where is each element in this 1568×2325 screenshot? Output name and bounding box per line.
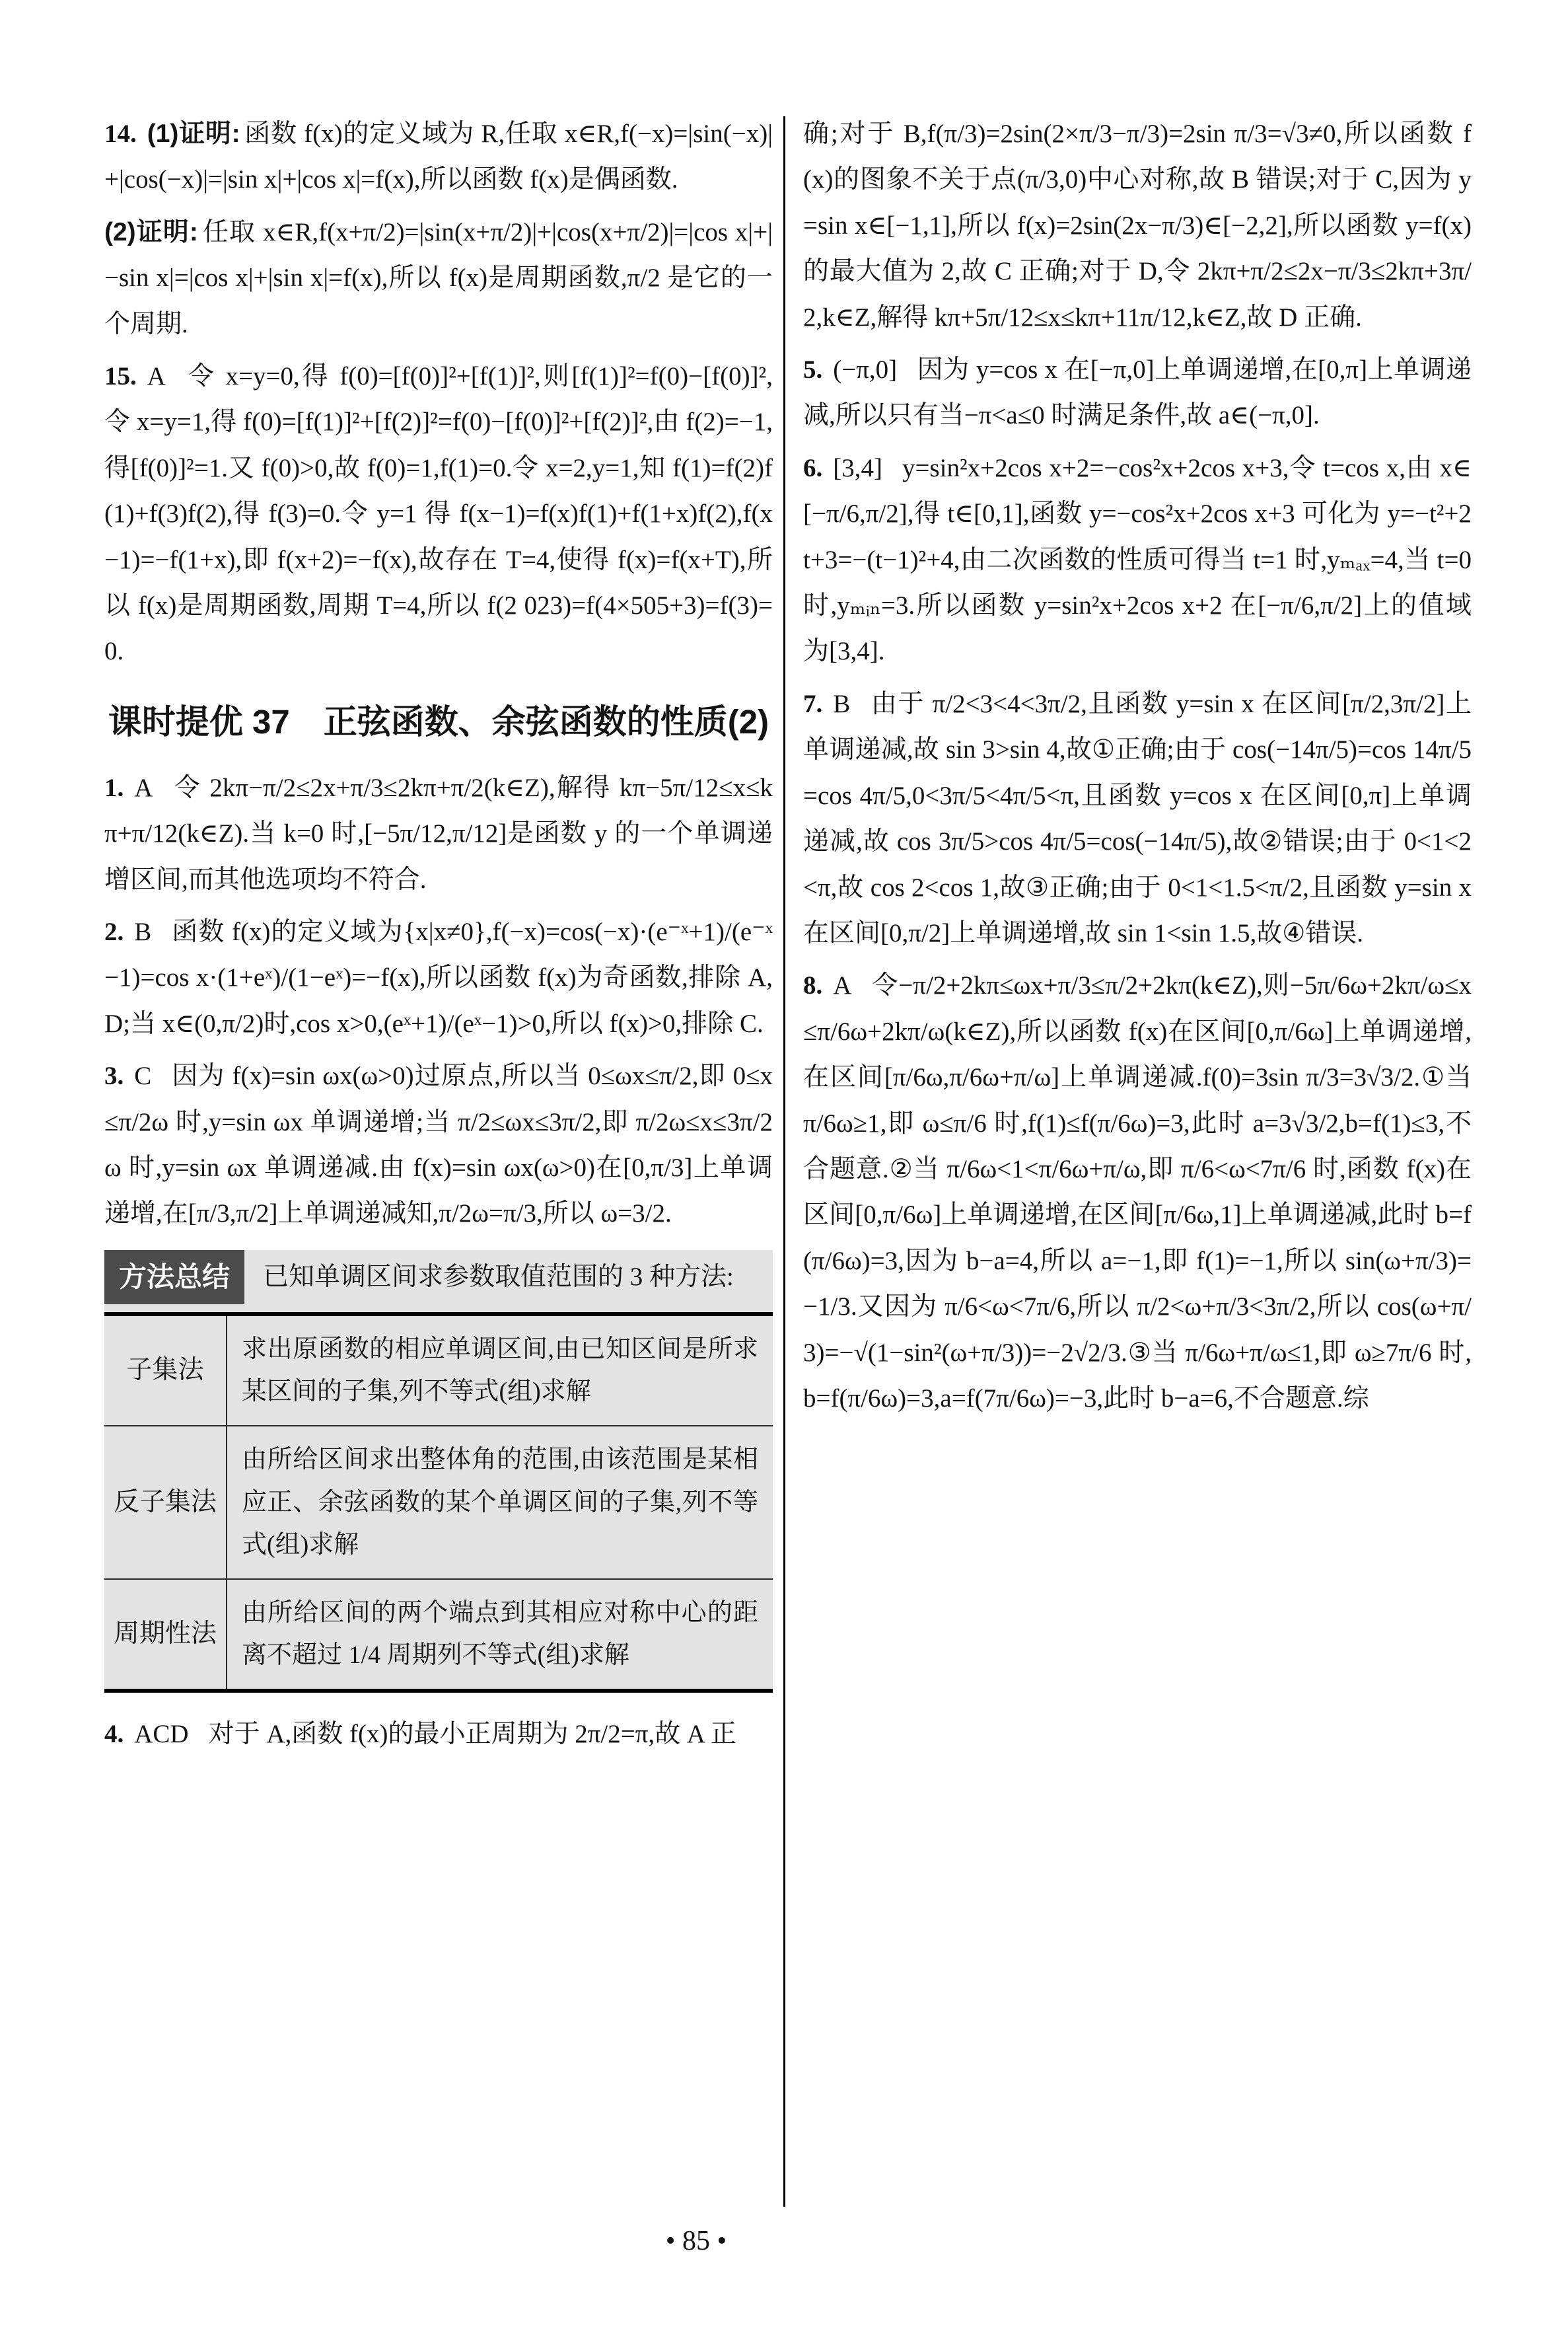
item-text: 由于 π/2<3<4<3π/2,且函数 y=sin x 在区间[π/2,3π/2… [803,690,1472,947]
method-summary-box: 方法总结 已知单调区间求参数取值范围的 3 种方法: 子集法 求出原函数的相应单… [104,1250,773,1693]
solution-item-7: 7.B由于 π/2<3<4<3π/2,且函数 y=sin x 在区间[π/2,3… [803,681,1472,956]
method-table: 子集法 求出原函数的相应单调区间,由已知区间是所求某区间的子集,列不等式(组)求… [104,1312,773,1693]
item-number: 15. [104,362,137,390]
item-number: 14. [104,120,137,148]
method-desc-cell: 求出原函数的相应单调区间,由已知区间是所求某区间的子集,列不等式(组)求解 [227,1316,773,1425]
item-answer: A [147,362,166,390]
item-text: 函数 f(x)的定义域为{x|x≠0},f(−x)=cos(−x)·(e⁻ˣ+1… [104,918,773,1038]
item-text: 因为 f(x)=sin ωx(ω>0)过原点,所以当 0≤ωx≤π/2,即 0≤… [104,1062,773,1228]
item-text: 令−π/2+2kπ≤ωx+π/3≤π/2+2kπ(k∈Z),则−5π/6ω+2k… [803,971,1472,1413]
solution-item-1: 1.A令 2kπ−π/2≤2x+π/3≤2kπ+π/2(k∈Z),解得 kπ−5… [104,765,773,903]
column-divider [783,116,785,2207]
item-answer: (−π,0] [833,355,897,384]
item-answer: A [833,971,851,1000]
solution-item-2: 2.B函数 f(x)的定义域为{x|x≠0},f(−x)=cos(−x)·(e⁻… [104,909,773,1047]
item-number: 3. [104,1062,124,1090]
table-row: 反子集法 由所给区间求出整体角的范围,由该范围是某相应正、余弦函数的某个单调区间… [104,1425,773,1578]
item-number: 4. [104,1720,124,1748]
item-answer: B [134,918,151,946]
left-column: 14.(1)证明:函数 f(x)的定义域为 R,任取 x∈R,f(−x)=|si… [104,111,773,2225]
item-text: 对于 A,函数 f(x)的最小正周期为 2π/2=π,故 A 正 [209,1720,736,1748]
solution-item-15: 15.A令 x=y=0,得 f(0)=[f(0)]²+[f(1)]²,则[f(1… [104,353,773,675]
method-summary-header: 方法总结 已知单调区间求参数取值范围的 3 种方法: [104,1250,773,1304]
method-summary-badge: 方法总结 [104,1250,244,1304]
solution-item-5: 5.(−π,0]因为 y=cos x 在[−π,0]上单调递增,在[0,π]上单… [803,347,1472,439]
solution-item-6: 6.[3,4]y=sin²x+2cos x+2=−cos²x+2cos x+3,… [803,445,1472,675]
method-desc-cell: 由所给区间求出整体角的范围,由该范围是某相应正、余弦函数的某个单调区间的子集,列… [227,1426,773,1578]
item-answer: B [833,690,850,718]
solution-item-4: 4.ACD对于 A,函数 f(x)的最小正周期为 2π/2=π,故 A 正 [104,1711,773,1757]
item-text: 令 x=y=0,得 f(0)=[f(0)]²+[f(1)]²,则[f(1)]²=… [104,362,773,665]
method-desc-cell: 由所给区间的两个端点到其相应对称中心的距离不超过 1/4 周期列不等式(组)求解 [227,1580,773,1689]
solution-item-14-part2: (2)证明:任取 x∈R,f(x+π/2)=|sin(x+π/2)|+|cos(… [104,209,773,347]
item-text: 因为 y=cos x 在[−π,0]上单调递增,在[0,π]上单调递减,所以只有… [803,355,1472,429]
method-name-cell: 周期性法 [104,1580,227,1689]
item-number: 6. [803,454,822,482]
table-row: 周期性法 由所给区间的两个端点到其相应对称中心的距离不超过 1/4 周期列不等式… [104,1578,773,1689]
item-answer: A [134,774,153,802]
item-answer: ACD [134,1720,188,1748]
page-number: • 85 • [0,2225,1392,2257]
solution-item-4-continuation: 确;对于 B,f(π/3)=2sin(2×π/3−π/3)=2sin π/3=√… [803,111,1472,340]
proof-label: (2)证明: [104,218,198,246]
item-answer: [3,4] [833,454,882,482]
method-name-cell: 反子集法 [104,1426,227,1578]
method-summary-intro: 已知单调区间求参数取值范围的 3 种方法: [263,1254,773,1300]
item-number: 5. [803,355,822,384]
item-text: 确;对于 B,f(π/3)=2sin(2×π/3−π/3)=2sin π/3=√… [803,120,1472,332]
method-name-cell: 子集法 [104,1316,227,1425]
solution-item-3: 3.C因为 f(x)=sin ωx(ω>0)过原点,所以当 0≤ωx≤π/2,即… [104,1053,773,1237]
item-answer: C [134,1062,151,1090]
item-number: 8. [803,971,822,1000]
textbook-answer-page: 14.(1)证明:函数 f(x)的定义域为 R,任取 x∈R,f(−x)=|si… [0,0,1568,2325]
solution-item-8: 8.A令−π/2+2kπ≤ωx+π/3≤π/2+2kπ(k∈Z),则−5π/6ω… [803,963,1472,1421]
right-column: 确;对于 B,f(π/3)=2sin(2×π/3−π/3)=2sin π/3=√… [803,111,1472,2225]
table-row: 子集法 求出原函数的相应单调区间,由已知区间是所求某区间的子集,列不等式(组)求… [104,1316,773,1425]
item-number: 7. [803,690,822,718]
item-text: 任取 x∈R,f(x+π/2)=|sin(x+π/2)|+|cos(x+π/2)… [104,218,773,338]
section-title: 课时提优 37 正弦函数、余弦函数的性质(2) [104,700,773,745]
item-number: 1. [104,774,124,802]
item-text: 令 2kπ−π/2≤2x+π/3≤2kπ+π/2(k∈Z),解得 kπ−5π/1… [104,774,773,894]
proof-label: (1)证明: [147,120,240,148]
item-number: 2. [104,918,124,946]
solution-item-14-part1: 14.(1)证明:函数 f(x)的定义域为 R,任取 x∈R,f(−x)=|si… [104,111,773,203]
item-text: y=sin²x+2cos x+2=−cos²x+2cos x+3,令 t=cos… [803,454,1472,666]
